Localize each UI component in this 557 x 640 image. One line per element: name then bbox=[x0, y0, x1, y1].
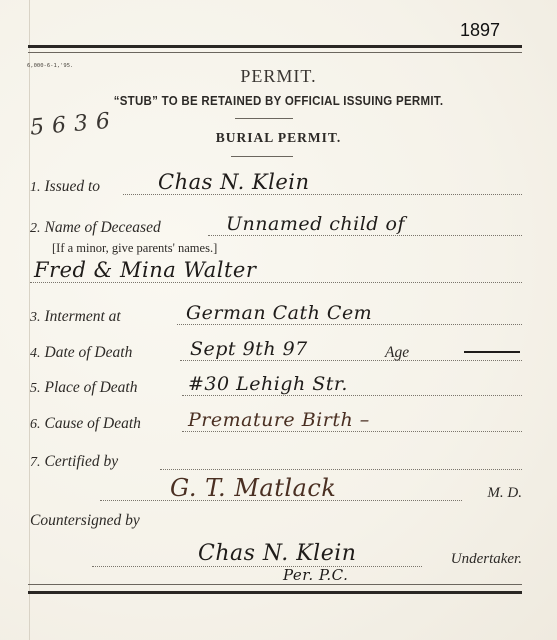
field-parents: Fred & Mina Walter bbox=[30, 262, 522, 286]
deceased-value: Unnamed child of bbox=[226, 213, 405, 235]
dotted-line bbox=[30, 282, 522, 283]
dotted-line bbox=[182, 395, 522, 396]
document-title: PERMIT. bbox=[0, 66, 557, 87]
field-label: 7.Certified by bbox=[30, 453, 118, 471]
stub-instruction: “STUB” TO BE RETAINED BY OFFICIAL ISSUIN… bbox=[22, 94, 534, 108]
field-label: Countersigned by bbox=[30, 512, 140, 530]
field-place-of-death: 5.Place of Death #30 Lehigh Str. bbox=[30, 375, 522, 399]
dotted-line bbox=[208, 235, 522, 236]
top-rule-thin bbox=[28, 52, 522, 53]
certified-by-signature: G. T. Matlack bbox=[170, 474, 336, 502]
date-of-death-value: Sept 9th 97 bbox=[190, 338, 308, 360]
md-suffix: M. D. bbox=[487, 485, 522, 502]
countersigned-signature: Chas N. Klein bbox=[198, 541, 356, 566]
field-issued-to: 1.Issued to Chas N. Klein bbox=[30, 174, 522, 198]
undertaker-suffix: Undertaker. bbox=[451, 551, 522, 568]
age-label: Age bbox=[385, 344, 409, 362]
bottom-rule-thick bbox=[28, 591, 522, 594]
dotted-line bbox=[180, 360, 522, 361]
burial-permit-stub: 1897 6,000-6-1,'95. PERMIT. “STUB” TO BE… bbox=[0, 0, 557, 640]
parents-value: Fred & Mina Walter bbox=[34, 258, 256, 282]
bottom-rule-thin bbox=[28, 584, 522, 585]
year-label: 1897 bbox=[460, 20, 500, 41]
interment-value: German Cath Cem bbox=[186, 302, 372, 324]
field-label: 1.Issued to bbox=[30, 178, 100, 196]
divider bbox=[231, 156, 293, 157]
field-name-of-deceased: 2.Name of Deceased Unnamed child of bbox=[30, 215, 522, 239]
field-label: 2.Name of Deceased bbox=[30, 219, 161, 237]
dotted-line bbox=[160, 469, 522, 470]
place-of-death-value: #30 Lehigh Str. bbox=[188, 373, 348, 395]
cause-of-death-value: Premature Birth – bbox=[188, 409, 370, 431]
permit-type-heading: BURIAL PERMIT. bbox=[0, 130, 557, 146]
dotted-line bbox=[177, 324, 522, 325]
field-label: 4.Date of Death bbox=[30, 344, 132, 362]
field-certified-by-signature: G. T. Matlack M. D. bbox=[30, 480, 522, 504]
field-interment: 3.Interment at German Cath Cem bbox=[30, 304, 522, 328]
field-date-of-death: 4.Date of Death Sept 9th 97 Age bbox=[30, 340, 522, 364]
top-rule-thick bbox=[28, 45, 522, 48]
field-cause-of-death: 6.Cause of Death Premature Birth – bbox=[30, 411, 522, 435]
age-value-dash bbox=[464, 351, 520, 353]
field-label: 6.Cause of Death bbox=[30, 415, 141, 433]
dotted-line bbox=[182, 431, 522, 432]
minor-note: [If a minor, give parents' names.] bbox=[52, 241, 217, 256]
field-countersigned-by: Countersigned by bbox=[30, 508, 522, 532]
divider bbox=[235, 118, 293, 119]
dotted-line bbox=[92, 566, 422, 567]
dotted-line bbox=[123, 194, 522, 195]
field-label: 3.Interment at bbox=[30, 308, 121, 326]
field-countersigned-by-signature: Chas N. Klein Undertaker. bbox=[30, 546, 522, 570]
field-certified-by: 7.Certified by bbox=[30, 449, 522, 473]
field-label: 5.Place of Death bbox=[30, 379, 137, 397]
issued-to-value: Chas N. Klein bbox=[158, 170, 310, 194]
per-initials: Per. P.C. bbox=[283, 566, 348, 584]
